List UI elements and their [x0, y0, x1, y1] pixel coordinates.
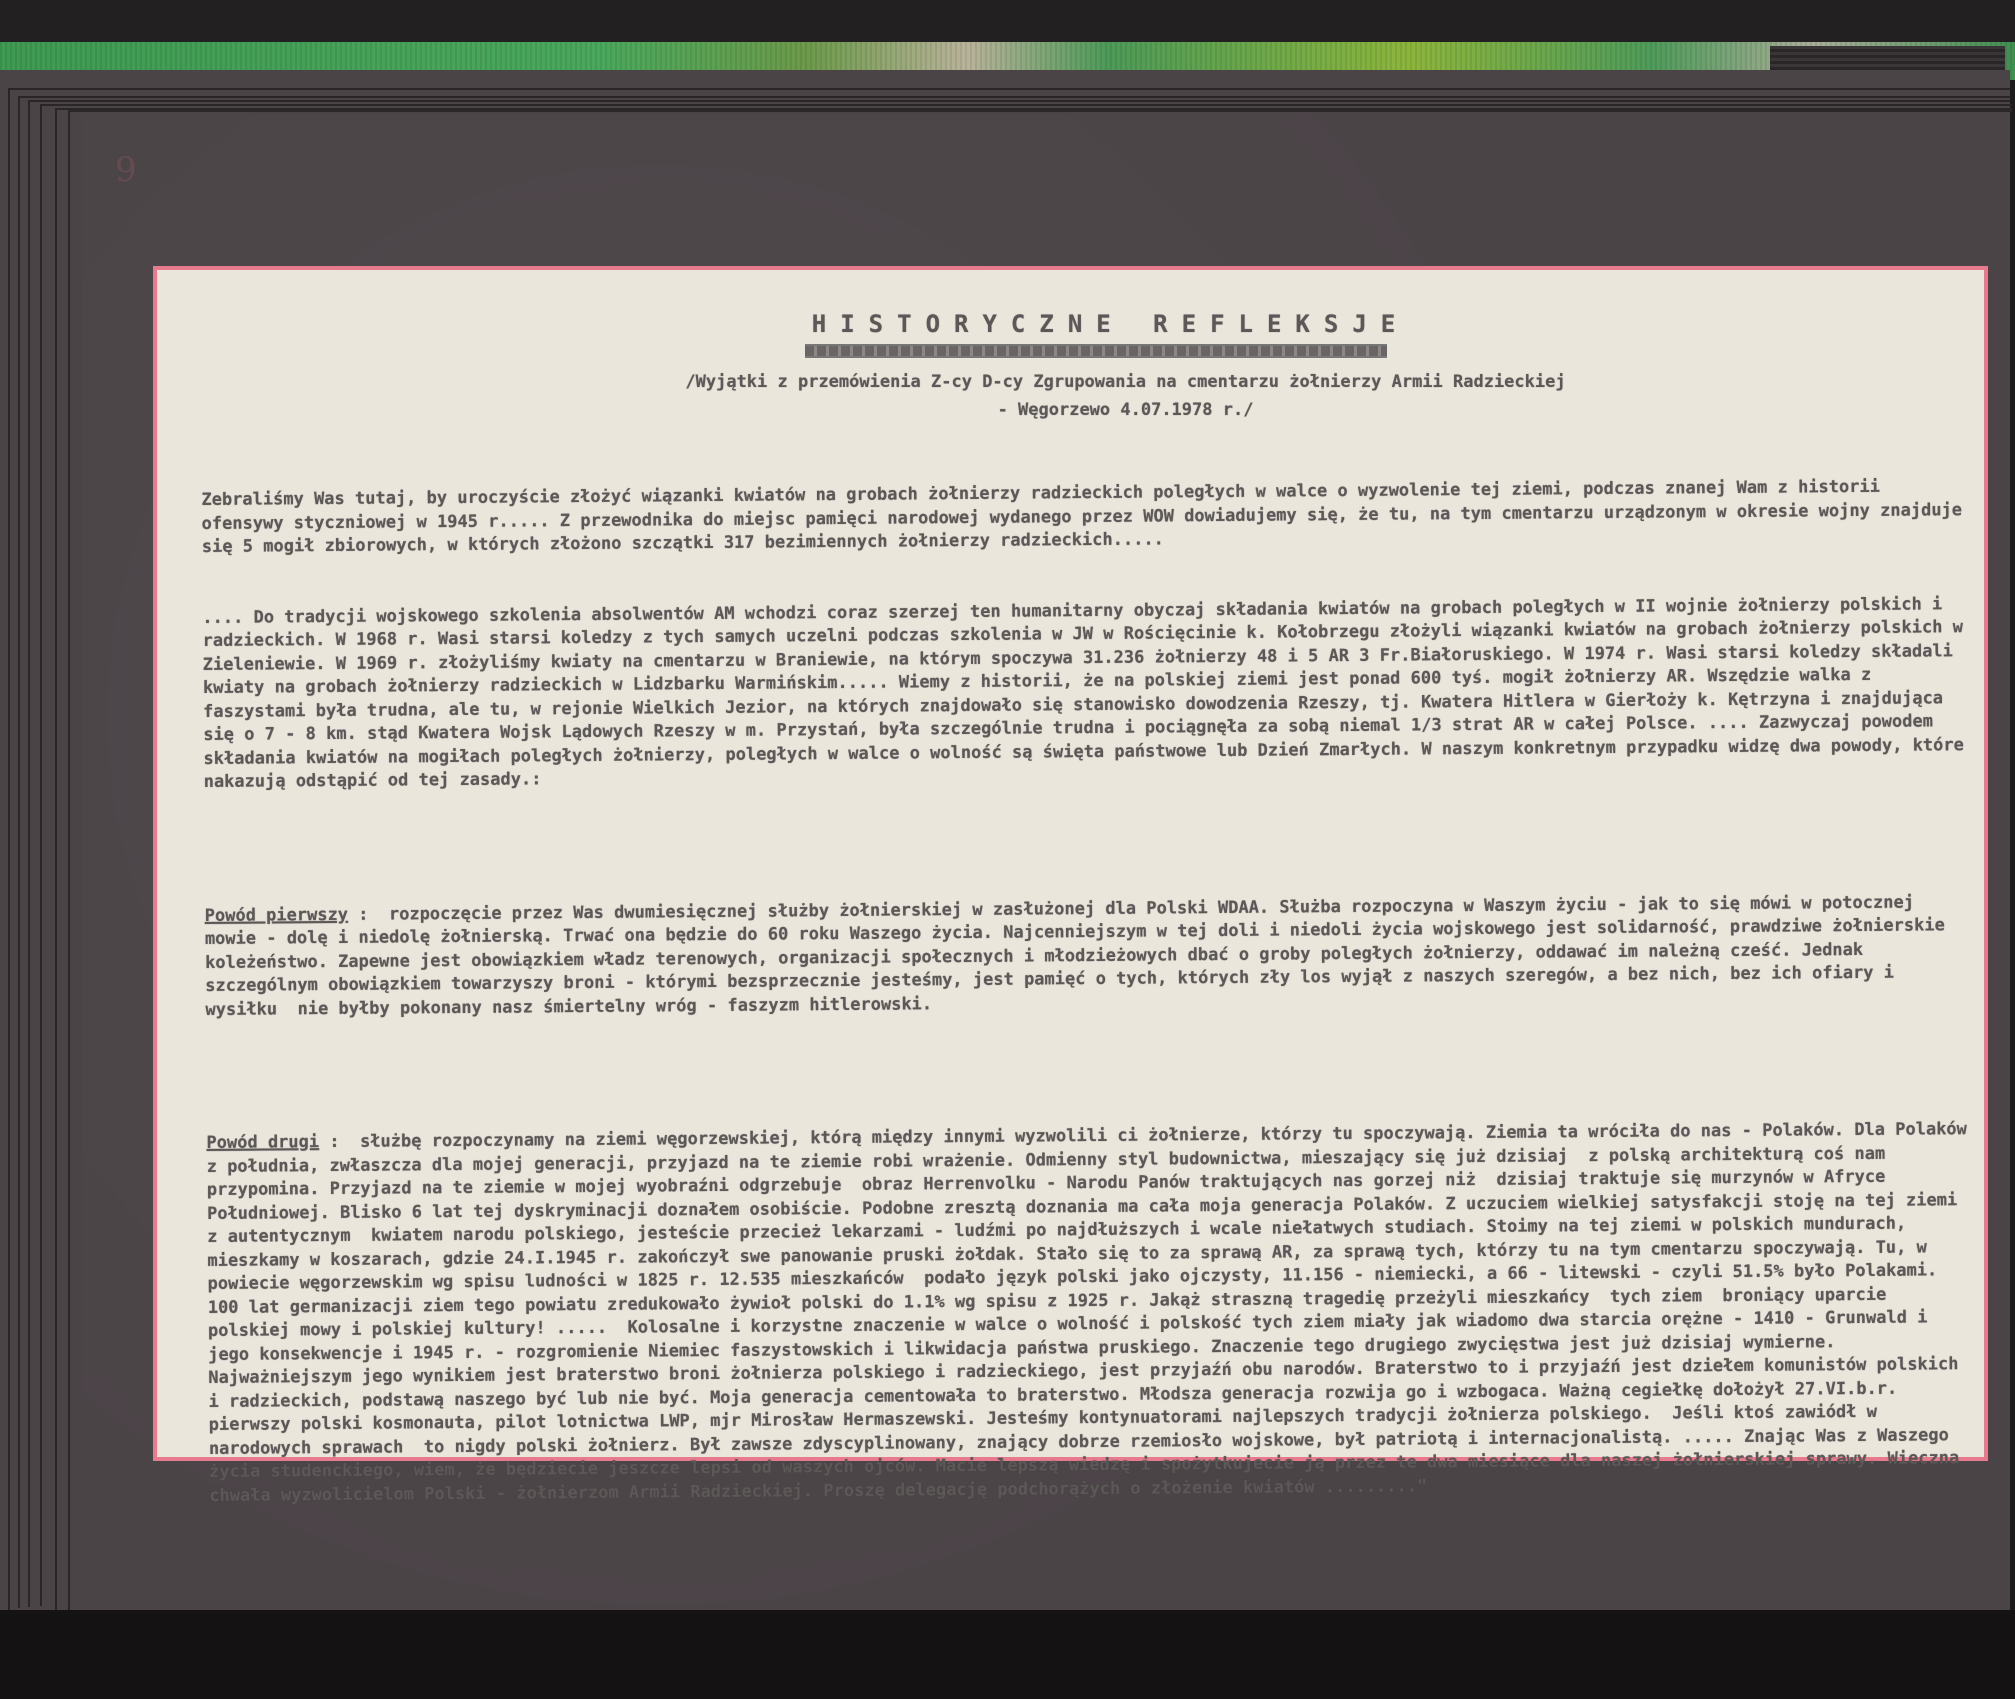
page-number: 9: [115, 150, 137, 190]
paragraph-intro: Zebraliśmy Was tutaj, by uroczyście złoż…: [201, 475, 1971, 559]
document-title: HISTORYCZNE REFLEKSJE: [157, 310, 1984, 338]
document-content: HISTORYCZNE REFLEKSJE /Wyjątki z przemów…: [157, 270, 1984, 1457]
paragraph-tradition: .... Do tradycji wojskowego szkolenia ab…: [202, 593, 1973, 795]
first-reason-heading: Powód pierwszy: [205, 904, 348, 925]
second-reason-text: : służbę rozpoczynamy na ziemi węgorzews…: [207, 1119, 1979, 1505]
first-reason-text: : rozpoczęcie przez Was dwumiesięcznej s…: [205, 892, 1955, 1020]
background-top: [0, 0, 2015, 44]
paragraph-second-reason: Powód drugi : służbę rozpoczynamy na zie…: [206, 1118, 1979, 1508]
subtitle-line-2: - Węgorzewo 4.07.1978 r./: [267, 396, 1984, 424]
second-reason-heading: Powód drugi: [206, 1132, 319, 1153]
background-bottom: [0, 1610, 2015, 1699]
subtitle-line-1: /Wyjątki z przemówienia Z-cy D-cy Zgrupo…: [267, 368, 1984, 396]
document-subtitle: /Wyjątki z przemówienia Z-cy D-cy Zgrupo…: [157, 368, 1984, 424]
typewritten-sheet: HISTORYCZNE REFLEKSJE /Wyjątki z przemów…: [153, 266, 1988, 1461]
document-body: Zebraliśmy Was tutaj, by uroczyście złoż…: [201, 428, 1980, 1555]
title-underline: [805, 344, 1387, 358]
paragraph-first-reason: Powód pierwszy : rozpoczęcie przez Was d…: [205, 891, 1976, 1022]
